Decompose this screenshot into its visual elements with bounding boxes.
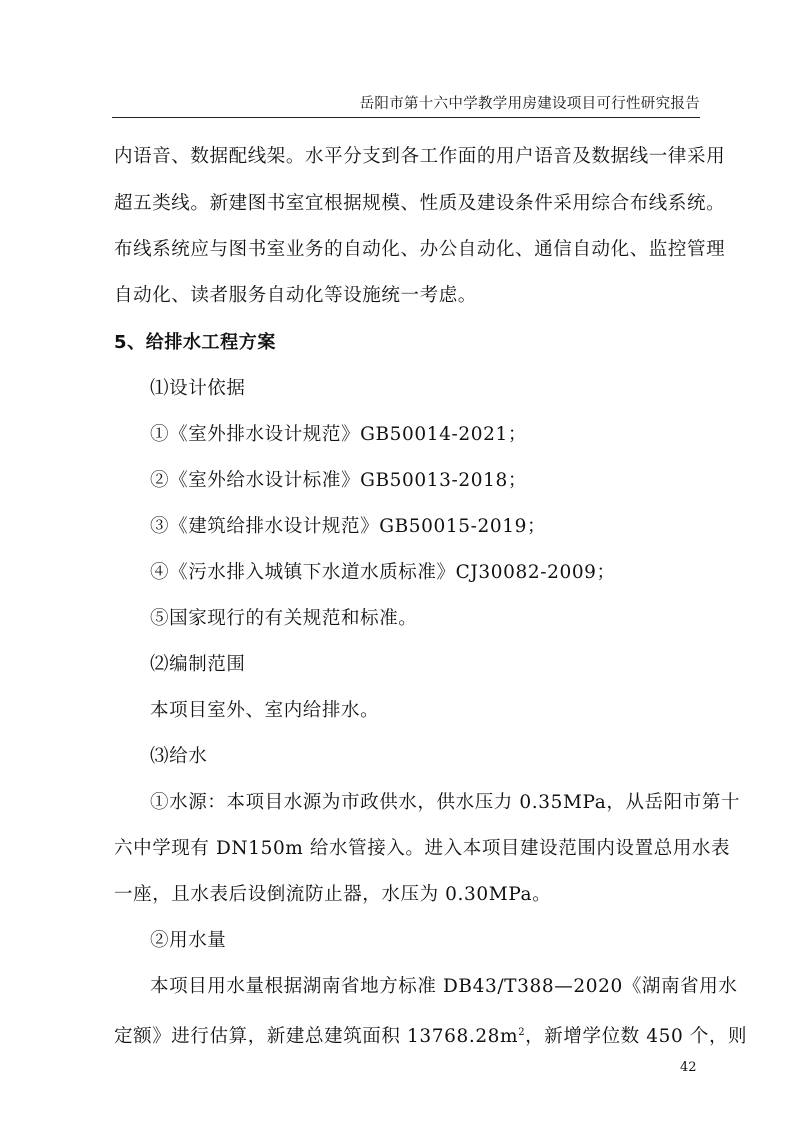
reference-item: ②《室外给水设计标准》GB50013-2018； (150, 469, 740, 493)
reference-item: ①《室外排水设计规范》GB50014-2021； (150, 423, 740, 447)
paragraph-line: ①水源：本项目水源为市政供水，供水压力 0.35MPa，从岳阳市第十 (150, 791, 704, 815)
paragraph-line: 布线系统应与图书室业务的自动化、办公自动化、通信自动化、监控管理 (114, 238, 704, 262)
paragraph-line: 定额》进行估算，新建总建筑面积 13768.28m2，新增学位数 450 个，则 (114, 1021, 704, 1049)
paragraph-line: 内语音、数据配线架。水平分支到各工作面的用户语音及数据线一律采用 (114, 145, 704, 169)
subsection-title: ⑶给水 (150, 745, 740, 769)
paragraph-line: 本项目用水量根据湖南省地方标准 DB43/T388—2020《湖南省用水 (150, 975, 704, 999)
subsection-title: ②用水量 (150, 929, 740, 953)
paragraph-line: 六中学现有 DN150m 给水管接入。进入本项目建设范围内设置总用水表 (114, 837, 704, 861)
text: 定额》进行估算，新建总建筑面积 13768.28m (114, 1026, 518, 1047)
reference-item: ⑤国家现行的有关规范和标准。 (150, 607, 740, 631)
section-title: 5、给排水工程方案 (114, 331, 704, 355)
paragraph-line: 本项目室外、室内给排水。 (150, 699, 740, 723)
paragraph-line: 一座，且水表后设倒流防止器，水压为 0.30MPa。 (114, 883, 704, 907)
subsection-title: ⑵编制范围 (150, 653, 740, 677)
reference-item: ④《污水排入城镇下水道水质标准》CJ30082-2009； (150, 561, 740, 585)
paragraph-line: 自动化、读者服务自动化等设施统一考虑。 (114, 284, 704, 308)
text: ，新增学位数 450 个，则 (525, 1026, 747, 1047)
reference-item: ③《建筑给排水设计规范》GB50015-2019； (150, 515, 740, 539)
running-header: 岳阳市第十六中学教学用房建设项目可行性研究报告 (112, 92, 700, 118)
subsection-title: ⑴设计依据 (150, 377, 740, 401)
paragraph-line: 超五类线。新建图书室宜根据规模、性质及建设条件采用综合布线系统。 (114, 192, 704, 216)
page-number: 42 (680, 1060, 697, 1075)
